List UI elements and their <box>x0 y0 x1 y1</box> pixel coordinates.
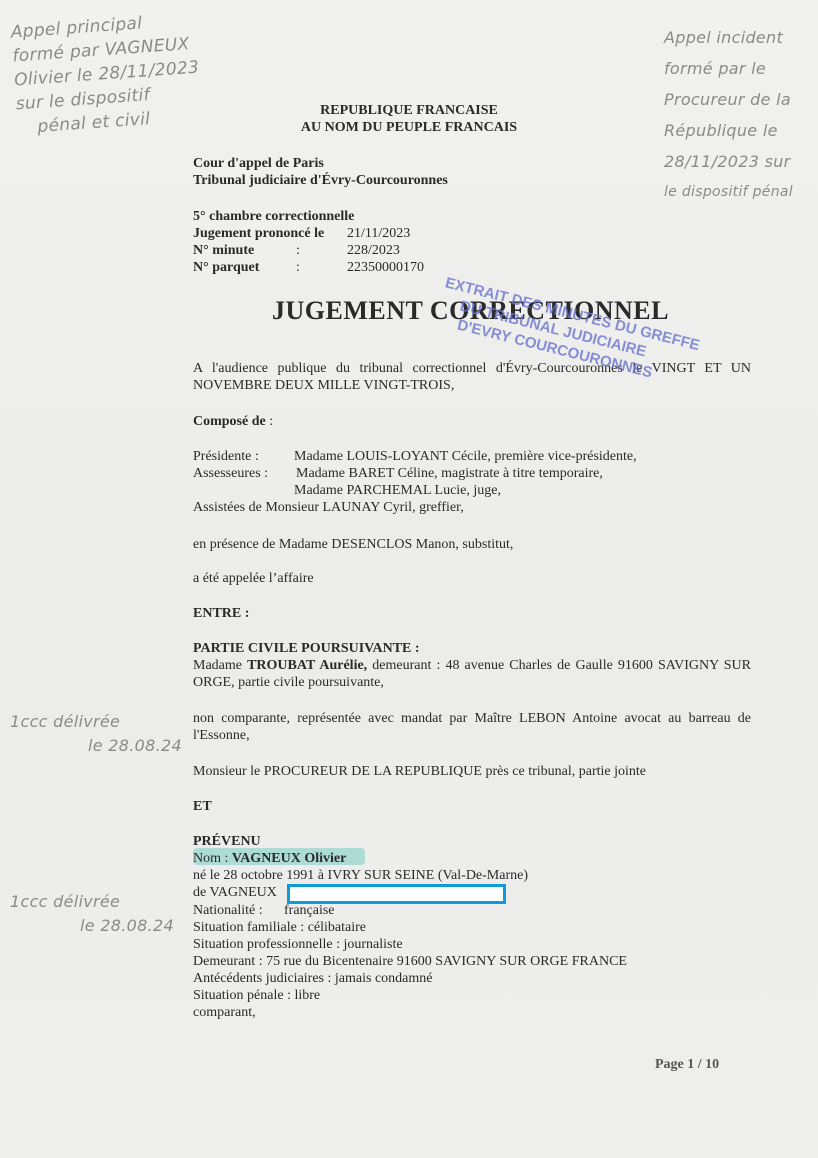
partie-civile-name: TROUBAT Aurélie, <box>247 658 367 673</box>
compose-heading: Composé de : <box>193 413 273 430</box>
tribunal-name: Tribunal judiciaire d'Évry-Courcouronnes <box>193 172 448 189</box>
situation-familiale: Situation familiale : célibataire <box>193 919 366 936</box>
note-line: le 28.08.24 <box>10 914 174 938</box>
cour-name: Cour d'appel de Paris <box>193 155 324 172</box>
note-line: le dispositif pénal <box>664 177 793 208</box>
partie-civile-heading: PARTIE CIVILE POURSUIVANTE : <box>193 640 420 657</box>
page-number: Page 1 / 10 <box>655 1057 719 1073</box>
demeurant: Demeurant : 75 rue du Bicentenaire 91600… <box>193 953 627 970</box>
minute-value: 228/2023 <box>347 242 400 259</box>
representation-paragraph: non comparante, représentée avec mandat … <box>193 710 751 744</box>
greffier: Assistées de Monsieur LAUNAY Cyril, gref… <box>193 499 464 516</box>
nom-value: VAGNEUX Olivier <box>232 851 346 866</box>
jugement-label: Jugement prononcé le <box>193 225 324 242</box>
header-line-1: REPUBLIQUE FRANCAISE <box>0 102 818 119</box>
compose-label: Composé de <box>193 414 266 429</box>
parquet-label: N° parquet <box>193 259 259 276</box>
assesseur-1: Madame BARET Céline, magistrate à titre … <box>296 465 603 482</box>
situation-professionnelle: Situation professionnelle : journaliste <box>193 936 403 953</box>
affaire: a été appelée l’affaire <box>193 570 314 587</box>
document-page: Appel principal formé par VAGNEUX Olivie… <box>0 0 818 1158</box>
filiation: de VAGNEUX <box>193 884 277 901</box>
note-line: le 28.08.24 <box>10 734 182 758</box>
compose-separator: : <box>266 414 273 429</box>
header-line-2: AU NOM DU PEUPLE FRANCAIS <box>0 119 818 136</box>
note-line: 1ccc délivrée <box>10 710 182 734</box>
entre-heading: ENTRE : <box>193 605 249 622</box>
nom-label: Nom : <box>193 851 232 866</box>
parquet-value: 22350000170 <box>347 259 424 276</box>
partie-civile-paragraph: Madame TROUBAT Aurélie, demeurant : 48 a… <box>193 657 751 691</box>
minute-label: N° minute <box>193 242 254 259</box>
handwritten-note-copie-2: 1ccc délivrée le 28.08.24 <box>10 890 174 938</box>
redaction-box <box>287 884 506 904</box>
assesseur-2: Madame PARCHEMAL Lucie, juge, <box>294 482 501 499</box>
et-heading: ET <box>193 798 212 815</box>
note-line: Appel incident <box>664 22 793 53</box>
assesseures-label: Assesseures : <box>193 465 268 482</box>
partie-civile-prefix: Madame <box>193 658 247 673</box>
note-line: 1ccc délivrée <box>10 890 174 914</box>
presidente-label: Présidente : <box>193 448 259 465</box>
minute-separator: : <box>296 242 300 259</box>
procureur: Monsieur le PROCUREUR DE LA REPUBLIQUE p… <box>193 763 646 780</box>
chambre: 5° chambre correctionnelle <box>193 208 354 225</box>
situation-penale: Situation pénale : libre <box>193 987 320 1004</box>
nom-line: Nom : VAGNEUX Olivier <box>193 850 346 867</box>
handwritten-note-copie-1: 1ccc délivrée le 28.08.24 <box>10 710 182 758</box>
antecedents: Antécédents judiciaires : jamais condamn… <box>193 970 432 987</box>
substitut: en présence de Madame DESENCLOS Manon, s… <box>193 536 513 553</box>
nationalite-value: française <box>284 902 335 919</box>
parquet-separator: : <box>296 259 300 276</box>
jugement-date: 21/11/2023 <box>347 225 410 242</box>
note-line: formé par le <box>664 53 793 84</box>
note-line: 28/11/2023 sur <box>664 146 793 177</box>
naissance: né le 28 octobre 1991 à IVRY SUR SEINE (… <box>193 867 528 884</box>
nationalite-label: Nationalité : <box>193 902 263 919</box>
comparant: comparant, <box>193 1004 256 1021</box>
prevenu-heading: PRÉVENU <box>193 833 261 850</box>
